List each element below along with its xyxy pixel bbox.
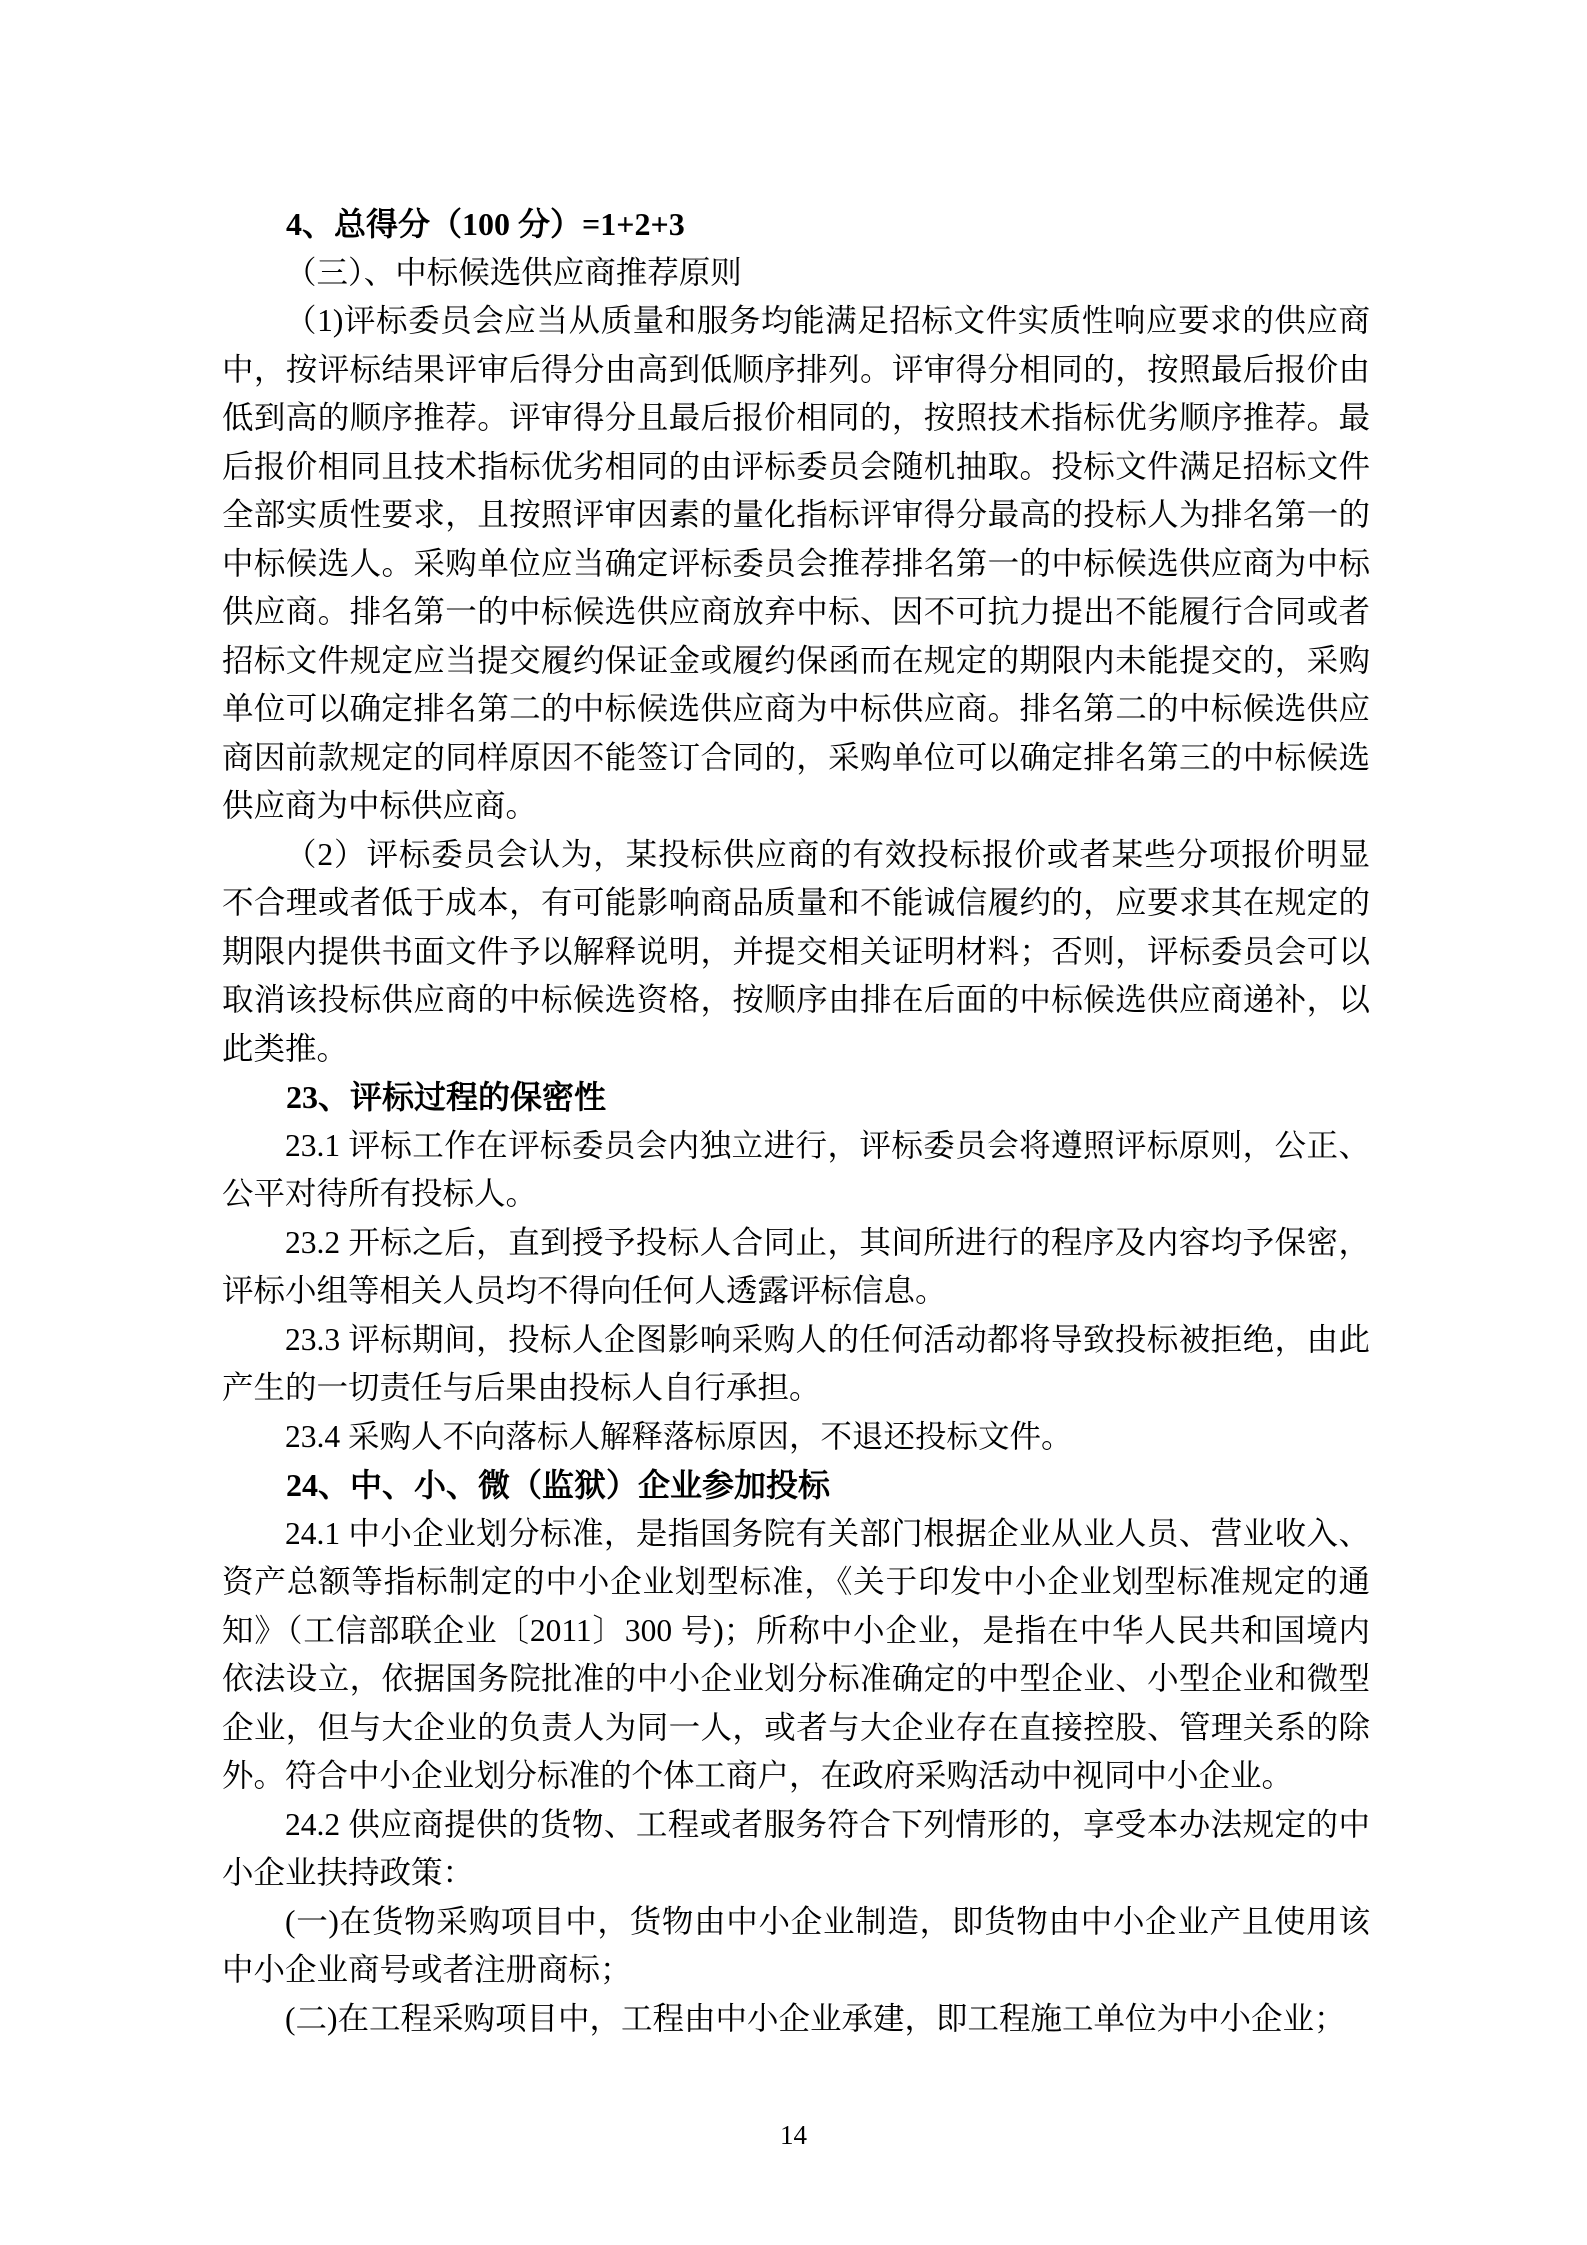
para-23-3-influence-rejection: 23.3 评标期间，投标人企图影响采购人的任何活动都将导致投标被拒绝，由此产生的… [222, 1316, 1370, 1413]
subheading-candidate-recommendation: （三）、中标候选供应商推荐原则 [222, 249, 1370, 298]
para-candidate-ranking-rules: （1)评标委员会应当从质量和服务均能满足招标文件实质性响应要求的供应商中，按评标… [222, 297, 1370, 831]
para-24-2-sme-support-policy: 24.2 供应商提供的货物、工程或者服务符合下列情形的，享受本办法规定的中小企业… [222, 1801, 1370, 1898]
para-23-2-confidential-procedure: 23.2 开标之后，直到授予投标人合同止，其间所进行的程序及内容均予保密，评标小… [222, 1219, 1370, 1316]
para-24-1-sme-definition: 24.1 中小企业划分标准，是指国务院有关部门根据企业从业人员、营业收入、资产总… [222, 1510, 1370, 1801]
heading-sme-participation: 24、中、小、微（监狱）企业参加投标 [222, 1461, 1370, 1510]
para-abnormal-low-price: （2）评标委员会认为，某投标供应商的有效投标报价或者某些分项报价明显不合理或者低… [222, 831, 1370, 1074]
document-page: 4、总得分（100 分）=1+2+3 （三）、中标候选供应商推荐原则 （1)评标… [0, 0, 1587, 2245]
document-body: 4、总得分（100 分）=1+2+3 （三）、中标候选供应商推荐原则 （1)评标… [222, 200, 1370, 2043]
heading-evaluation-confidentiality: 23、评标过程的保密性 [222, 1073, 1370, 1122]
para-23-4-no-explanation: 23.4 采购人不向落标人解释落标原因，不退还投标文件。 [222, 1413, 1370, 1462]
heading-total-score: 4、总得分（100 分）=1+2+3 [222, 200, 1370, 249]
para-23-1-independent-evaluation: 23.1 评标工作在评标委员会内独立进行，评标委员会将遵照评标原则，公正、公平对… [222, 1122, 1370, 1219]
para-24-2-item-1-goods: (一)在货物采购项目中，货物由中小企业制造，即货物由中小企业产且使用该中小企业商… [222, 1898, 1370, 1995]
para-24-2-item-2-construction: (二)在工程采购项目中，工程由中小企业承建，即工程施工单位为中小企业； [222, 1995, 1370, 2044]
page-number: 14 [0, 2118, 1587, 2152]
